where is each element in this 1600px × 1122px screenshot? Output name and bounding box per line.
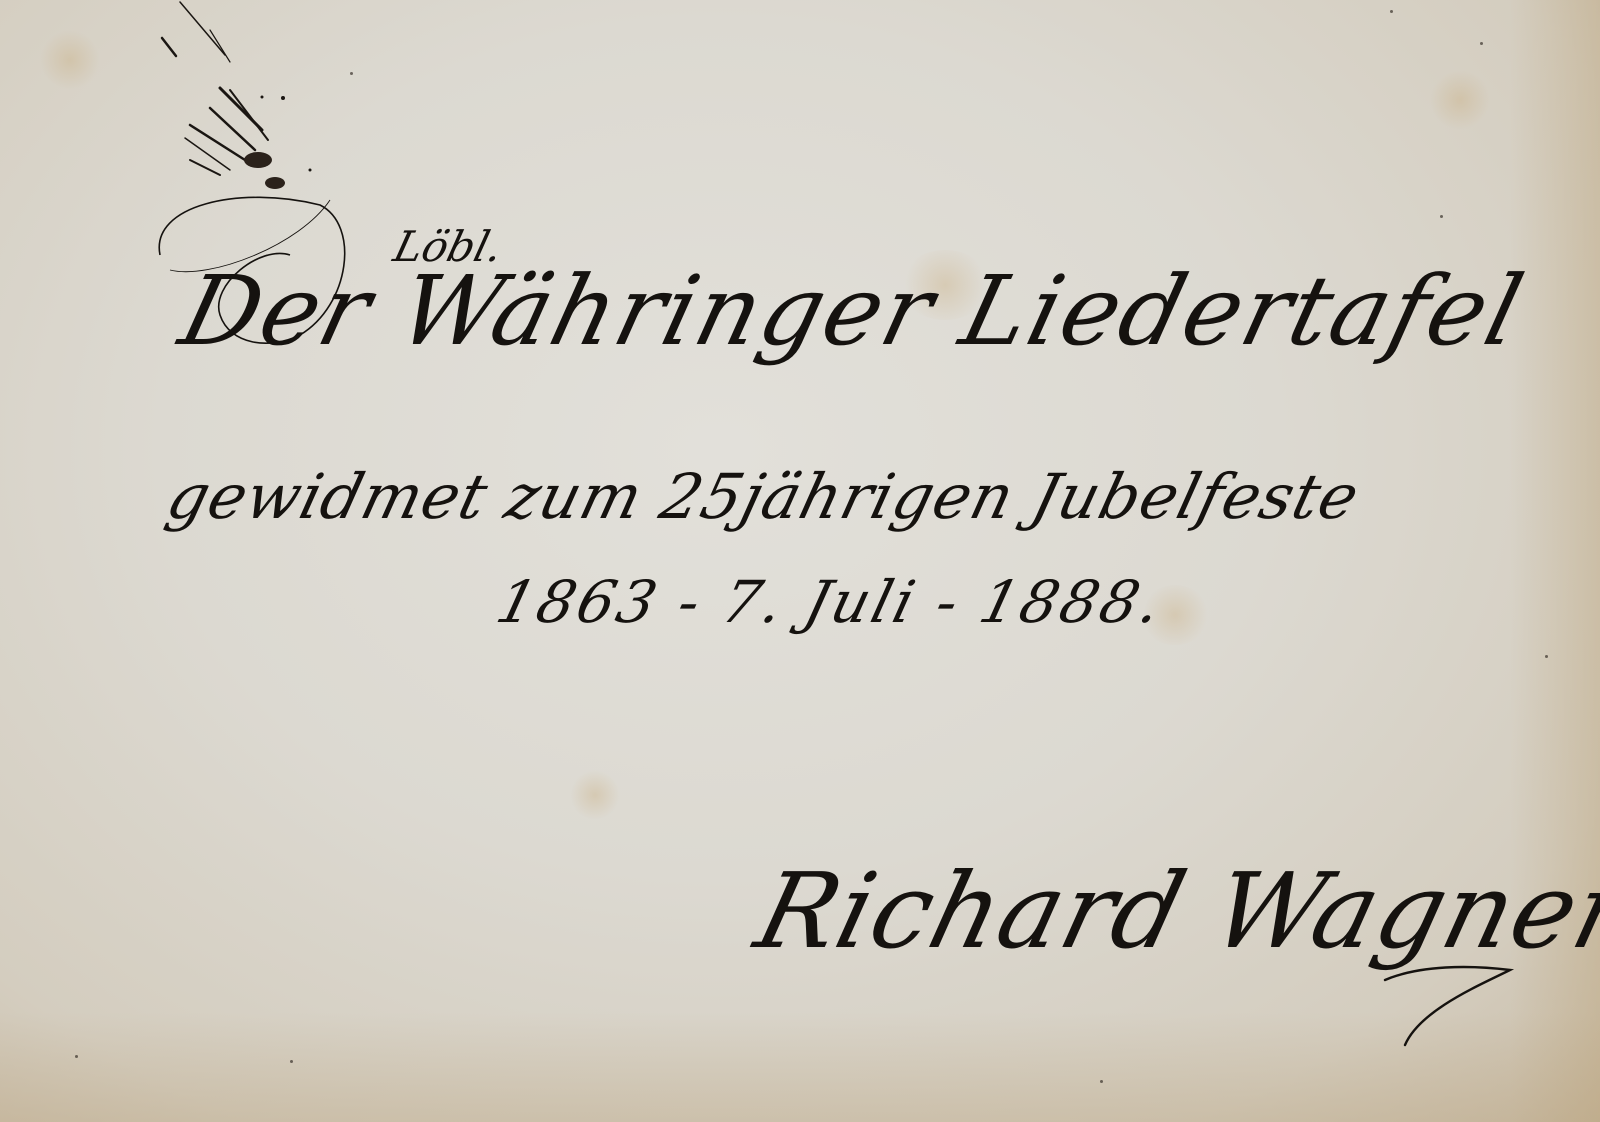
- dedication-line: gewidmet zum 25jährigen Jubelfeste: [160, 460, 1367, 533]
- paper-speck: [1100, 1080, 1103, 1083]
- dates-line: 1863 - 7. Juli - 1888.: [490, 568, 1171, 636]
- page-title: Der Währinger Liedertafel: [170, 255, 1535, 367]
- paper-speck: [1545, 655, 1548, 658]
- ink-splatter-icon: [150, 0, 350, 200]
- paper-speck: [1440, 215, 1443, 218]
- paper-speck: [75, 1055, 78, 1058]
- paper-speck: [1480, 42, 1483, 45]
- paper-stain: [570, 770, 620, 820]
- signature: Richard Wagner: [745, 850, 1600, 972]
- paper-edge-shading: [0, 1012, 1600, 1122]
- manuscript-page: Löbl. Der Währinger Liedertafel gewidmet…: [0, 0, 1600, 1122]
- paper-stain: [40, 30, 100, 90]
- paper-speck: [290, 1060, 293, 1063]
- paper-speck: [350, 72, 353, 75]
- signature-flourish-icon: [1380, 960, 1520, 1050]
- paper-stain: [1430, 70, 1490, 130]
- paper-speck: [1390, 10, 1393, 13]
